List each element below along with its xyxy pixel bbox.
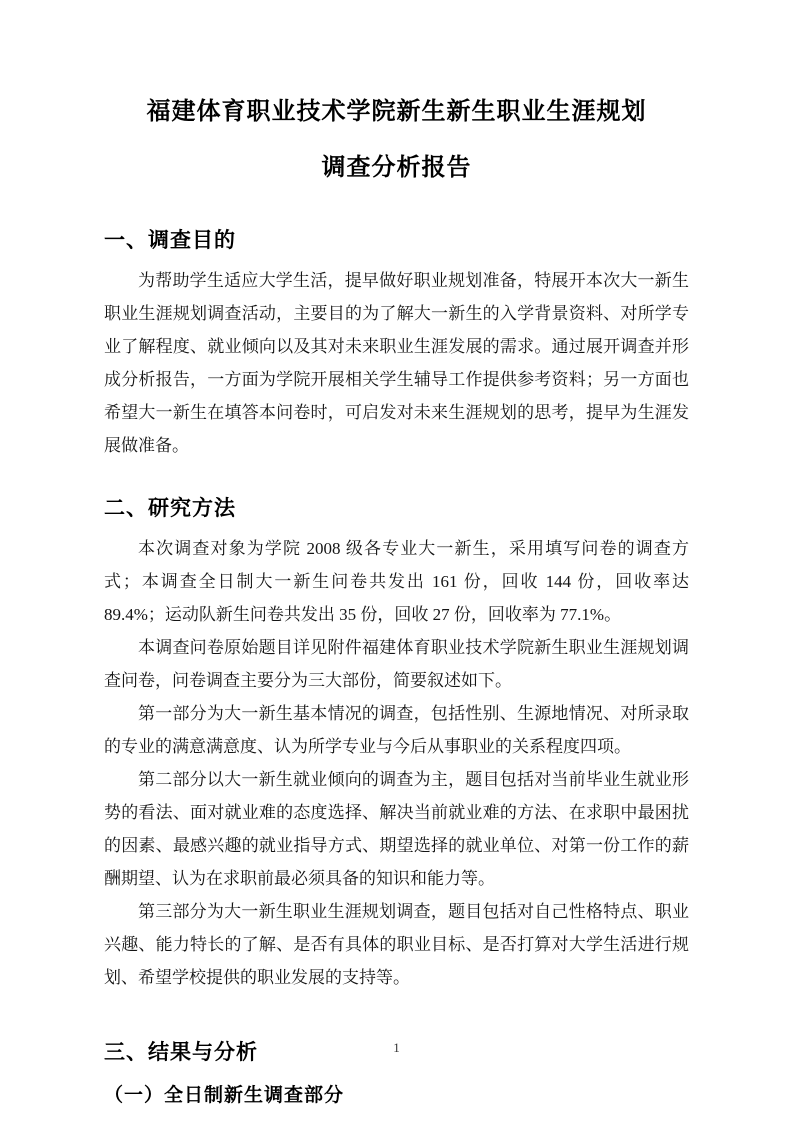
section-heading-purpose: 一、调查目的 bbox=[104, 224, 689, 254]
paragraph-method-questionnaire: 本调查问卷原始题目详见附件福建体育职业技术学院新生职业生涯规划调查问卷，问卷调查… bbox=[104, 631, 689, 697]
paragraph-method-part1: 第一部分为大一新生基本情况的调查，包括性别、生源地情况、对所录取的专业的满意满意… bbox=[104, 697, 689, 763]
section-heading-method: 二、研究方法 bbox=[104, 492, 689, 522]
page-content: 福建体育职业技术学院新生新生职业生涯规划 调查分析报告 一、调查目的 为帮助学生… bbox=[0, 0, 793, 1107]
document-title: 福建体育职业技术学院新生新生职业生涯规划 调查分析报告 bbox=[104, 84, 689, 196]
document-title-line1: 福建体育职业技术学院新生新生职业生涯规划 bbox=[104, 84, 689, 140]
page-number: 1 bbox=[0, 1040, 793, 1056]
paragraph-method-part3: 第三部分为大一新生职业生涯规划调查，题目包括对自己性格特点、职业兴趣、能力特长的… bbox=[104, 895, 689, 994]
paragraph-method-overview: 本次调查对象为学院 2008 级各专业大一新生，采用填写问卷的调查方式；本调查全… bbox=[104, 532, 689, 631]
document-title-line2: 调查分析报告 bbox=[104, 140, 689, 196]
paragraph-method-part2: 第二部分以大一新生就业倾向的调查为主，题目包括对当前毕业生就业形势的看法、面对就… bbox=[104, 763, 689, 895]
paragraph-purpose: 为帮助学生适应大学生活，提早做好职业规划准备，特展开本次大一新生职业生涯规划调查… bbox=[104, 264, 689, 462]
subsection-heading-fulltime: （一）全日制新生调查部分 bbox=[104, 1080, 689, 1107]
document-page: 福建体育职业技术学院新生新生职业生涯规划 调查分析报告 一、调查目的 为帮助学生… bbox=[0, 0, 793, 1122]
